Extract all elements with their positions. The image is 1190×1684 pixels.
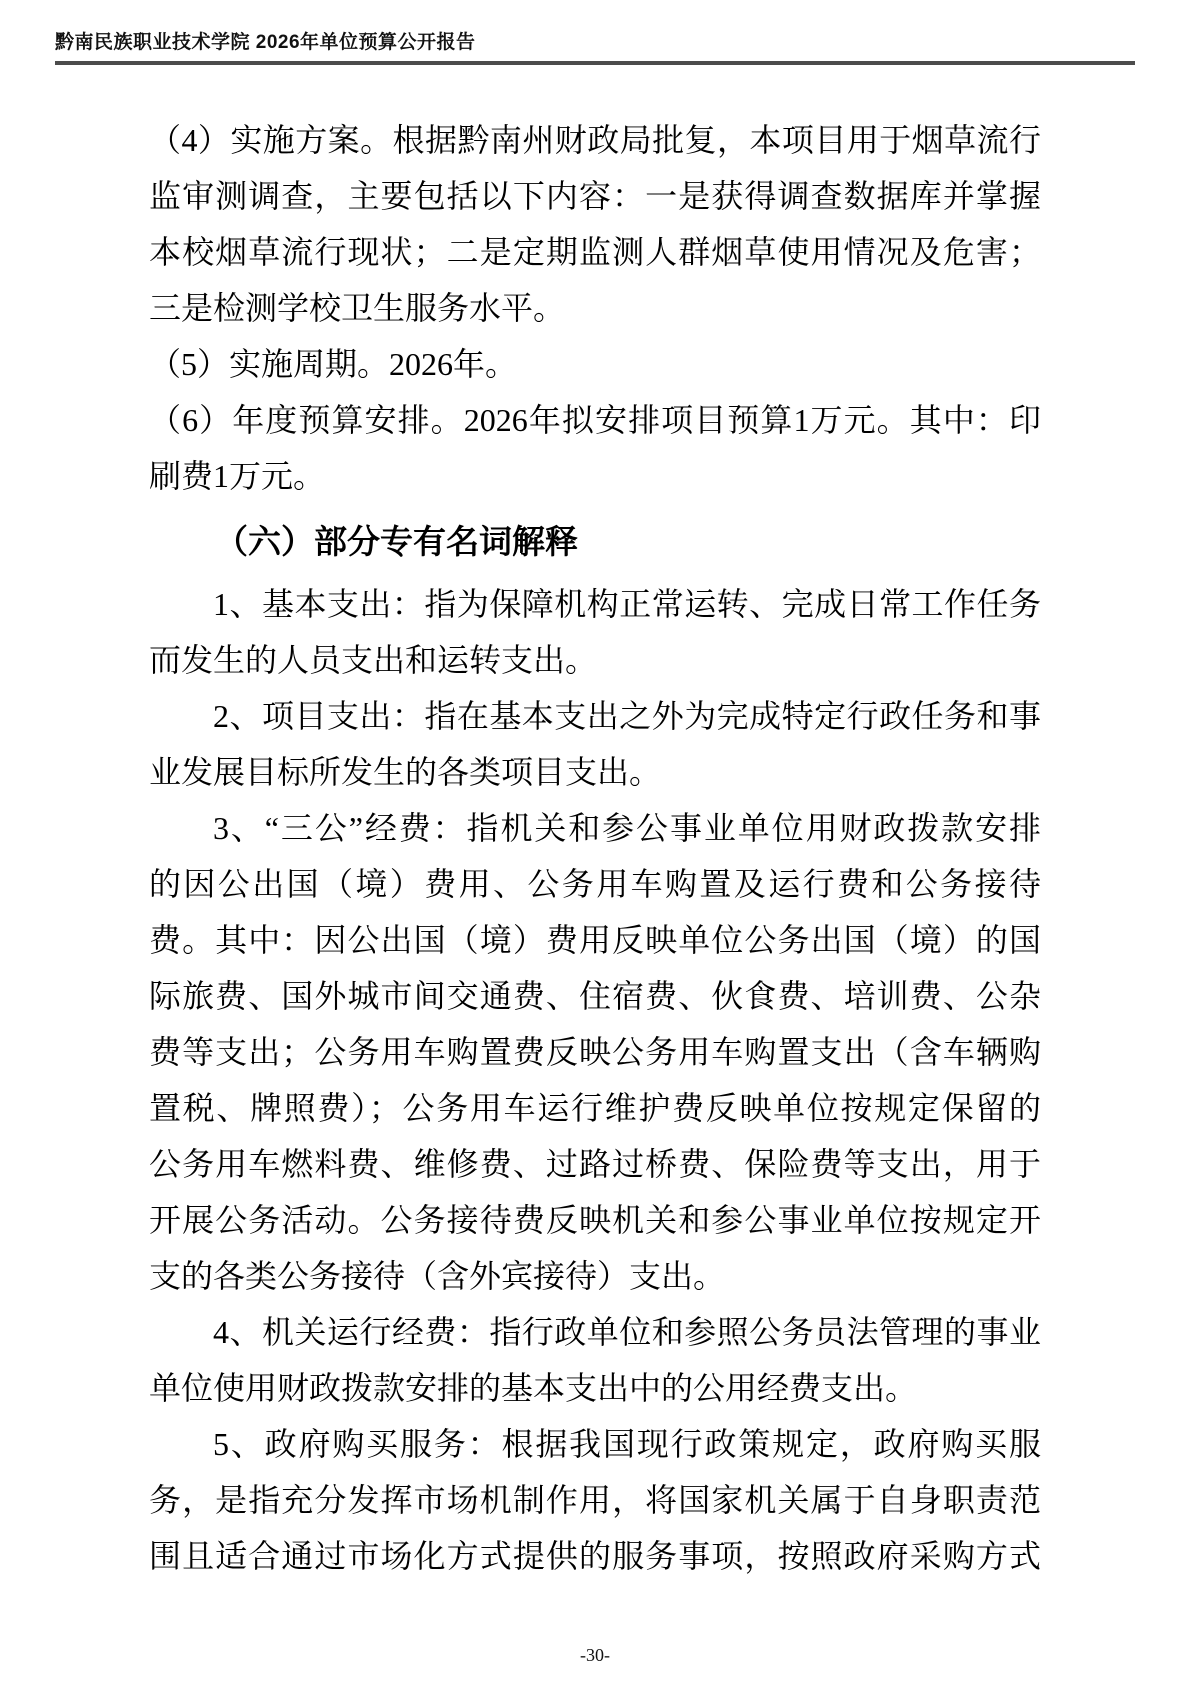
paragraph-line: （6）年度预算安排。2026年拟安排项目预算1万元。其中：印 xyxy=(149,392,1041,448)
paragraph-line: 2、项目支出：指在基本支出之外为完成特定行政任务和事 xyxy=(149,688,1041,744)
section-heading: （六）部分专有名词解释 xyxy=(149,514,1041,570)
header-title: 黔南民族职业技术学院 2026年单位预算公开报告 xyxy=(55,27,1135,54)
paragraph-line: 而发生的人员支出和运转支出。 xyxy=(149,632,1041,688)
paragraph-line: 开展公务活动。公务接待费反映机关和参公事业单位按规定开 xyxy=(149,1192,1041,1248)
paragraph-line: 公务用车燃料费、维修费、过路过桥费、保险费等支出，用于 xyxy=(149,1136,1041,1192)
paragraph-line: 监审测调查，主要包括以下内容：一是获得调查数据库并掌握 xyxy=(149,168,1041,224)
paragraph-line: 支的各类公务接待（含外宾接待）支出。 xyxy=(149,1248,1041,1304)
document-body: （4）实施方案。根据黔南州财政局批复，本项目用于烟草流行监审测调查，主要包括以下… xyxy=(149,112,1041,1584)
paragraph-line: 三是检测学校卫生服务水平。 xyxy=(149,280,1041,336)
paragraph-line: 业发展目标所发生的各类项目支出。 xyxy=(149,744,1041,800)
paragraph-line: 费。其中：因公出国（境）费用反映单位公务出国（境）的国 xyxy=(149,912,1041,968)
document-page: 黔南民族职业技术学院 2026年单位预算公开报告 （4）实施方案。根据黔南州财政… xyxy=(0,0,1190,1684)
paragraph-line: 本校烟草流行现状；二是定期监测人群烟草使用情况及危害； xyxy=(149,224,1041,280)
paragraph-line: 务，是指充分发挥市场机制作用，将国家机关属于自身职责范 xyxy=(149,1472,1041,1528)
paragraph-line: 3、“三公”经费：指机关和参公事业单位用财政拨款安排 xyxy=(149,800,1041,856)
paragraph-line: 围且适合通过市场化方式提供的服务事项，按照政府采购方式 xyxy=(149,1528,1041,1584)
paragraph-line: 费等支出；公务用车购置费反映公务用车购置支出（含车辆购 xyxy=(149,1024,1041,1080)
page-number: -30- xyxy=(580,1645,610,1665)
paragraph-line: 置税、牌照费）；公务用车运行维护费反映单位按规定保留的 xyxy=(149,1080,1041,1136)
paragraph-line: 1、基本支出：指为保障机构正常运转、完成日常工作任务 xyxy=(149,576,1041,632)
paragraph-line: 单位使用财政拨款安排的基本支出中的公用经费支出。 xyxy=(149,1360,1041,1416)
paragraph-line: 际旅费、国外城市间交通费、住宿费、伙食费、培训费、公杂 xyxy=(149,968,1041,1024)
paragraph-line: 刷费1万元。 xyxy=(149,448,1041,504)
paragraph-line: （4）实施方案。根据黔南州财政局批复，本项目用于烟草流行 xyxy=(149,112,1041,168)
paragraph-line: 的因公出国（境）费用、公务用车购置及运行费和公务接待 xyxy=(149,856,1041,912)
page-footer: -30- xyxy=(0,1645,1190,1666)
paragraph-line: 4、机关运行经费：指行政单位和参照公务员法管理的事业 xyxy=(149,1304,1041,1360)
paragraph-line: （5）实施周期。2026年。 xyxy=(149,336,1041,392)
paragraph-line: 5、政府购买服务：根据我国现行政策规定，政府购买服 xyxy=(149,1416,1041,1472)
page-header: 黔南民族职业技术学院 2026年单位预算公开报告 xyxy=(55,27,1135,65)
